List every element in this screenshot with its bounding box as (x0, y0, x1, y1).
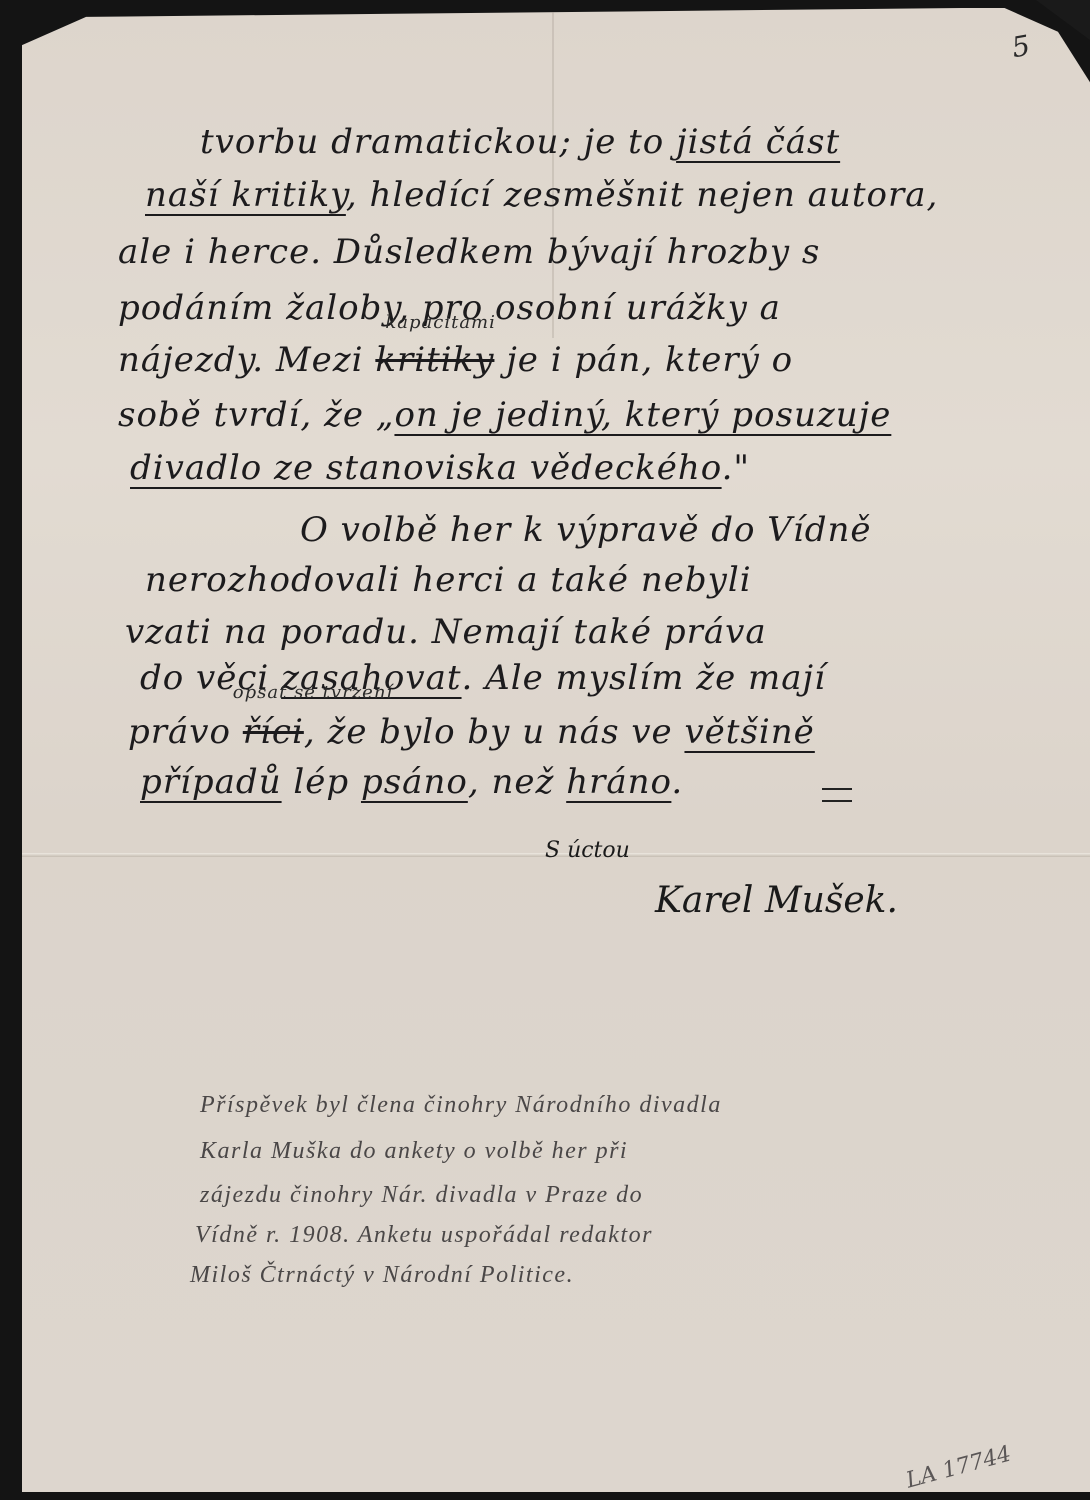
line-text: ." (722, 448, 750, 488)
archival-note-line-1: Příspěvek byl člena činohry Národního di… (200, 1092, 722, 1119)
line-text: sobě tvrdí, že „ (118, 395, 394, 435)
underlined-text: jistá část (676, 122, 840, 162)
body-line-1: tvorbu dramatickou; je to jistá část (200, 122, 840, 162)
body-line-5: nájezdy. Mezi kapacitamikritiky je i pán… (118, 340, 793, 380)
body-line-3: ale i herce. Důsledkem bývají hrozby s (118, 232, 820, 272)
archival-note-line-4: Vídně r. 1908. Anketu uspořádal redaktor (195, 1222, 653, 1249)
signature: Karel Mušek. (655, 880, 898, 921)
line-text: . (671, 762, 683, 802)
line-text: právo (128, 712, 243, 752)
underlined-text: psáno (361, 762, 468, 802)
body-line-2: naší kritiky, hledící zesměšnit nejen au… (145, 175, 938, 215)
body-line-12: právo opsat se tvrzeníříci, že bylo by u… (128, 712, 815, 752)
underlined-text: divadlo ze stanoviska vědeckého (130, 448, 722, 488)
body-line-9: nerozhodovali herci a také nebyli (145, 560, 752, 600)
closing: S úctou (545, 838, 630, 863)
underlined-text: hráno (566, 762, 671, 802)
body-line-10: vzati na poradu. Nemají také práva (125, 612, 767, 652)
body-line-13: případů lép psáno, než hráno. (140, 762, 683, 802)
archival-note-line-5: Miloš Čtrnáctý v Národní Politice. (190, 1262, 574, 1289)
underlined-text: naší kritiky (145, 175, 346, 215)
archival-note-line-3: zájezdu činohry Nár. divadla v Praze do (200, 1182, 643, 1209)
inserted-word: kapacitami (385, 312, 496, 333)
underlined-text: on je jediný, který posuzuje (394, 395, 891, 435)
line-text: , než (468, 762, 566, 802)
underlined-text: většině (684, 712, 814, 752)
body-line-7: divadlo ze stanoviska vědeckého." (130, 448, 750, 488)
line-text: je i pán, který o (494, 340, 793, 380)
correction: opsat se tvrzeníříci (243, 712, 304, 752)
inserted-phrase: opsat se tvrzení (233, 682, 393, 703)
double-underline-mark (822, 788, 852, 802)
line-text: , že bylo by u nás ve (304, 712, 685, 752)
body-line-6: sobě tvrdí, že „on je jediný, který posu… (118, 395, 891, 435)
underlined-text: případů (140, 762, 282, 802)
archival-note-line-2: Karla Muška do ankety o volbě her při (200, 1138, 628, 1165)
correction: kapacitamikritiky (375, 340, 494, 380)
body-line-8: O volbě her k výpravě do Vídně (300, 510, 872, 550)
line-text: . Ale myslím že mají (462, 658, 826, 698)
line-text: nájezdy. Mezi (118, 340, 375, 380)
struck-word: kritiky (375, 340, 494, 380)
line-text: lép (282, 762, 361, 802)
line-text: , hledící zesměšnit nejen autora, (346, 175, 938, 215)
struck-word: říci (243, 712, 304, 752)
line-text: tvorbu dramatickou; je to (200, 122, 676, 162)
